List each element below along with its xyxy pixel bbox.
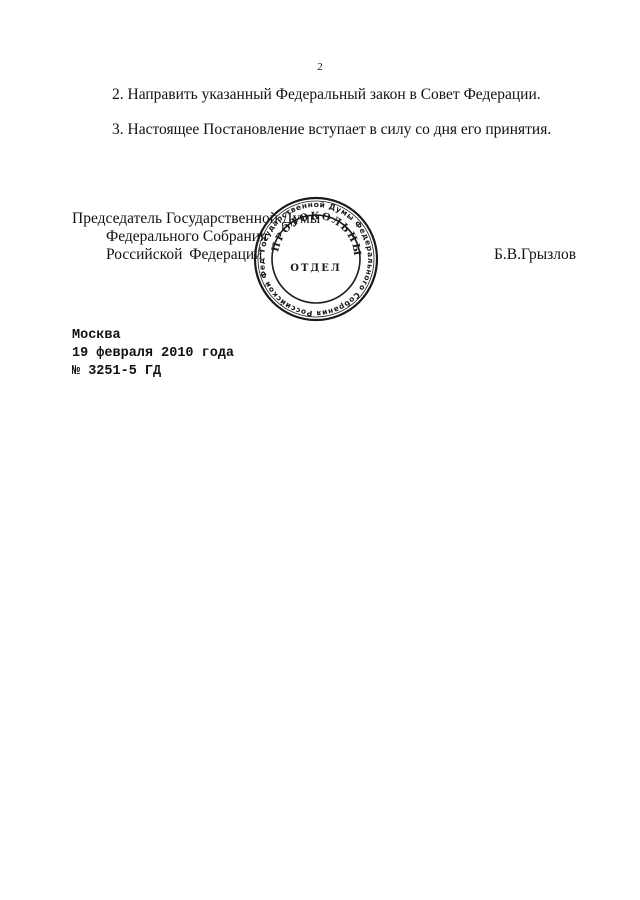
city: Москва (72, 328, 121, 343)
svg-text:ОТДЕЛ: ОТДЕЛ (290, 263, 342, 274)
signature-title-line-2: Федерального Собрания (106, 228, 267, 246)
signer-name: Б.В.Грызлов (494, 246, 576, 264)
date: 19 февраля 2010 года (72, 346, 234, 361)
signature-title-line-3: Российской Федерации (106, 246, 262, 264)
paragraph-2: 2. Направить указанный Федеральный закон… (112, 86, 541, 104)
page-number: 2 (0, 61, 640, 73)
official-seal-icon: Государственной Думы Федерального Собран… (252, 195, 380, 323)
document-number: № 3251-5 ГД (72, 364, 161, 379)
paragraph-3: 3. Настоящее Постановление вступает в си… (112, 121, 551, 139)
